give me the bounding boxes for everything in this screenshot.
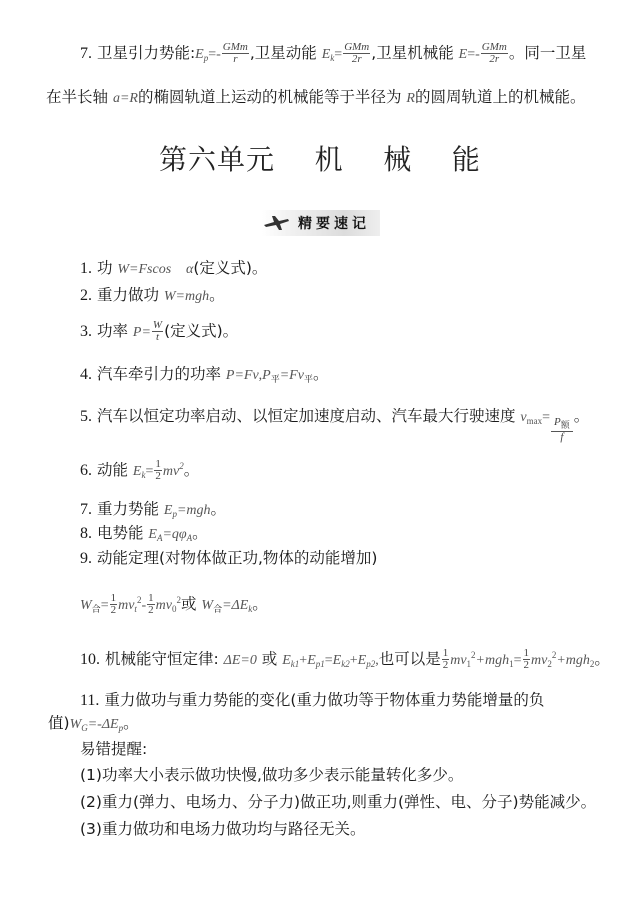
unit-title-part: 第六单元	[159, 143, 275, 176]
section-badge: 精要速记	[262, 210, 380, 236]
denominator: t	[155, 332, 160, 343]
math-symbol: E	[307, 653, 316, 668]
punctuation: 。	[211, 500, 227, 518]
tip-item: (1)功率大小表示做功快慢,做功多少表示能量转化多少。	[80, 765, 463, 785]
tip-item: (3)重力做功和电场力做功均与路径无关。	[80, 819, 365, 839]
math-operator: =	[514, 653, 522, 668]
math-expression: =Fv	[280, 368, 304, 383]
math-symbol: E	[195, 47, 204, 62]
math-operator: -	[141, 598, 146, 613]
math-expression: mv	[156, 598, 172, 613]
item-number: 3.	[80, 323, 92, 340]
list-item: 9. 动能定理(对物体做正功,物体的动能增加)	[80, 548, 377, 569]
math-subscript: max	[527, 416, 543, 426]
prev-item-7-line1: 7. 卫星引力势能:Ep=-GMmr,卫星动能 Ek=GMm2r,卫星机械能 E…	[80, 42, 586, 68]
math-symbol: E	[459, 47, 468, 62]
math-symbol: E	[333, 653, 342, 668]
math-expression: mv	[450, 653, 466, 668]
math-operator: =-	[208, 47, 221, 62]
math-expression: =ΔE	[222, 598, 248, 613]
item-number: 10.	[80, 651, 100, 668]
math-subscript: p1	[316, 659, 325, 669]
list-item-continuation: 值)WG=-ΔEp。	[48, 713, 139, 738]
numerator-symbol: P	[554, 416, 561, 428]
tip-number: (1)	[80, 766, 102, 784]
item-text: 重力做功与重力势能的变化(重力做功等于物体重力势能增量的负	[104, 691, 544, 709]
item-note: (定义式)。	[164, 322, 238, 340]
list-item: 7. 重力势能 Ep=mgh。	[80, 499, 226, 524]
math-symbol: W	[201, 598, 213, 613]
math-subscript: 平	[304, 375, 313, 385]
math-expression: P=	[133, 325, 151, 340]
math-subscript: 0	[172, 604, 177, 614]
fraction: 12	[523, 648, 531, 671]
item-number: 5.	[80, 408, 92, 425]
item-text: 也可以是	[379, 650, 441, 668]
item-number: 7.	[80, 45, 92, 62]
math-symbol: E	[358, 653, 367, 668]
punctuation: 。	[123, 714, 139, 732]
math-symbol: P	[262, 368, 271, 383]
item-number: 6.	[80, 462, 92, 479]
item-text: 功率	[97, 322, 128, 340]
punctuation: 。	[313, 365, 329, 383]
list-item: 2. 重力做功 W=mgh。	[80, 285, 225, 307]
badge-label: 精要速记	[298, 213, 370, 233]
item-text: 或	[181, 595, 197, 613]
fraction: GMm2r	[343, 42, 370, 65]
math-expression: mv	[118, 598, 134, 613]
math-subscript: 平	[271, 375, 280, 385]
math-operator: =	[334, 47, 342, 62]
item-number: 9.	[80, 550, 92, 567]
math-expression: W=Fscos	[117, 262, 171, 277]
math-operator: =	[145, 464, 153, 479]
fraction: 12	[154, 459, 162, 482]
punctuation: 。	[252, 595, 268, 613]
formula-line: W合=12mvt2-12mv02或 W合=ΔEk。	[80, 590, 268, 620]
unit-title-part: 械	[383, 143, 412, 176]
denominator: f	[559, 432, 564, 443]
denominator: 2	[442, 660, 450, 671]
fraction: 12	[147, 593, 155, 616]
item-text: 在半长轴	[46, 88, 108, 106]
tip-item: (2)重力(弹力、电场力、分子力)做正功,则重力(弹性、电、分子)势能减少。	[80, 792, 596, 812]
fraction: GMmr	[222, 42, 249, 65]
denominator: 2	[110, 605, 118, 616]
denominator: 2r	[351, 54, 363, 65]
math-symbol: W	[80, 598, 92, 613]
list-item: 11. 重力做功与重力势能的变化(重力做功等于物体重力势能增量的负	[80, 690, 544, 711]
tips-heading: 易错提醒:	[80, 739, 147, 759]
unit-title-part: 机	[315, 143, 344, 176]
item-text: 动能定理(对物体做正功,物体的动能增加)	[97, 549, 378, 567]
item-text: 动能	[97, 461, 128, 479]
math-symbol: E	[322, 47, 331, 62]
math-subscript: 合	[213, 605, 222, 615]
item-number: 7.	[80, 501, 92, 518]
item-text: 的椭圆轨道上运动的机械能等于半径为	[138, 88, 402, 106]
math-expression: +mgh	[556, 653, 590, 668]
math-symbol: R	[406, 91, 415, 106]
denominator: r	[232, 54, 238, 65]
math-expression: a=R	[113, 91, 138, 106]
math-subscript: 合	[92, 605, 101, 615]
punctuation: 。	[594, 650, 610, 668]
fraction: P额f	[551, 417, 573, 443]
math-subscript: 1	[467, 659, 472, 669]
math-expression: mv	[531, 653, 547, 668]
math-symbol: W	[70, 717, 82, 732]
math-subscript: 2	[547, 659, 552, 669]
tip-text: 功率大小表示做功快慢,做功多少表示能量转化多少。	[102, 766, 463, 784]
item-text: 值)	[48, 714, 70, 732]
item-text: ,卫星机械能	[371, 44, 453, 62]
item-number: 2.	[80, 287, 92, 304]
airplane-icon	[262, 213, 290, 233]
math-expression: mv	[163, 464, 179, 479]
list-item: 6. 动能 Ek=12mv2。	[80, 456, 199, 485]
tip-text: 重力做功和电场力做功均与路径无关。	[102, 820, 366, 838]
unit-title-part: 能	[452, 143, 481, 176]
fraction: 12	[110, 593, 118, 616]
math-expression: P=Fv	[226, 368, 259, 383]
math-expression: ΔE=0	[224, 653, 257, 668]
tip-number: (3)	[80, 820, 102, 838]
math-expression: =qφ	[162, 527, 186, 542]
item-number: 11.	[80, 692, 99, 709]
item-text: 重力势能	[97, 500, 159, 518]
denominator: 2	[147, 605, 155, 616]
item-text: 卫星引力势能:	[97, 44, 195, 62]
math-subscript: 额	[561, 420, 570, 430]
fraction: GMm2r	[481, 42, 508, 65]
item-text: ,卫星动能	[250, 44, 317, 62]
item-text: 功	[97, 259, 113, 277]
list-item: 4. 汽车牵引力的功率 P=Fv,P平=Fv平。	[80, 364, 328, 390]
denominator: 2r	[488, 54, 500, 65]
list-item: 5. 汽车以恒定功率启动、以恒定加速度启动、汽车最大行驶速度 vmax=P额f。	[80, 406, 589, 443]
item-number: 4.	[80, 366, 92, 383]
math-expression: =mgh	[177, 503, 211, 518]
tip-text: 重力(弹力、电场力、分子力)做正功,则重力(弹性、电、分子)势能减少。	[102, 793, 596, 811]
item-text: 。同一卫星	[509, 44, 587, 62]
tip-number: (2)	[80, 793, 102, 811]
item-text: 机械能守恒定律:	[105, 650, 219, 668]
numerator: P额	[551, 417, 573, 432]
item-text: 或	[262, 650, 278, 668]
math-operator: =	[101, 598, 109, 613]
list-item: 3. 功率 P=Wt(定义式)。	[80, 320, 238, 343]
denominator: 2	[154, 471, 162, 482]
punctuation: 。	[184, 461, 200, 479]
math-operator: =	[542, 410, 550, 425]
item-number: 1.	[80, 260, 92, 277]
list-item: 8. 电势能 EA=qφA。	[80, 523, 208, 548]
math-operator: =-	[467, 47, 480, 62]
item-text: 汽车牵引力的功率	[97, 365, 221, 383]
fraction: Wt	[152, 320, 163, 343]
punctuation: 。	[209, 286, 225, 304]
item-text: 电势能	[97, 524, 144, 542]
denominator: 2	[523, 660, 531, 671]
punctuation: 。	[192, 524, 208, 542]
punctuation: 。	[574, 407, 590, 425]
item-number: 8.	[80, 525, 92, 542]
list-item: 1. 功 W=Fscos α(定义式)。	[80, 258, 267, 280]
math-subscript: p2	[366, 659, 375, 669]
item-text: 重力做功	[97, 286, 159, 304]
math-symbol: E	[148, 527, 157, 542]
math-subscript: t	[134, 604, 137, 614]
math-subscript: k2	[341, 659, 350, 669]
prev-item-7-line2: 在半长轴 a=R的椭圆轨道上运动的机械能等于半径为 R的圆周轨道上的机械能。	[46, 87, 585, 109]
math-subscript: k1	[291, 659, 300, 669]
fraction: 12	[442, 648, 450, 671]
item-text: 的圆周轨道上的机械能。	[415, 88, 586, 106]
unit-title: 第六单元 机 械 能	[0, 138, 640, 178]
list-item: 10. 机械能守恒定律: ΔE=0 或 Ek1+Ep1=Ek2+Ep2,也可以是…	[80, 645, 610, 674]
math-expression: +mgh	[476, 653, 510, 668]
math-expression: W=mgh	[164, 289, 209, 304]
math-symbol: E	[282, 653, 291, 668]
item-text: 汽车以恒定功率启动、以恒定加速度启动、汽车最大行驶速度	[97, 407, 516, 425]
item-note: (定义式)。	[193, 259, 267, 277]
math-expression: =-ΔE	[88, 717, 119, 732]
